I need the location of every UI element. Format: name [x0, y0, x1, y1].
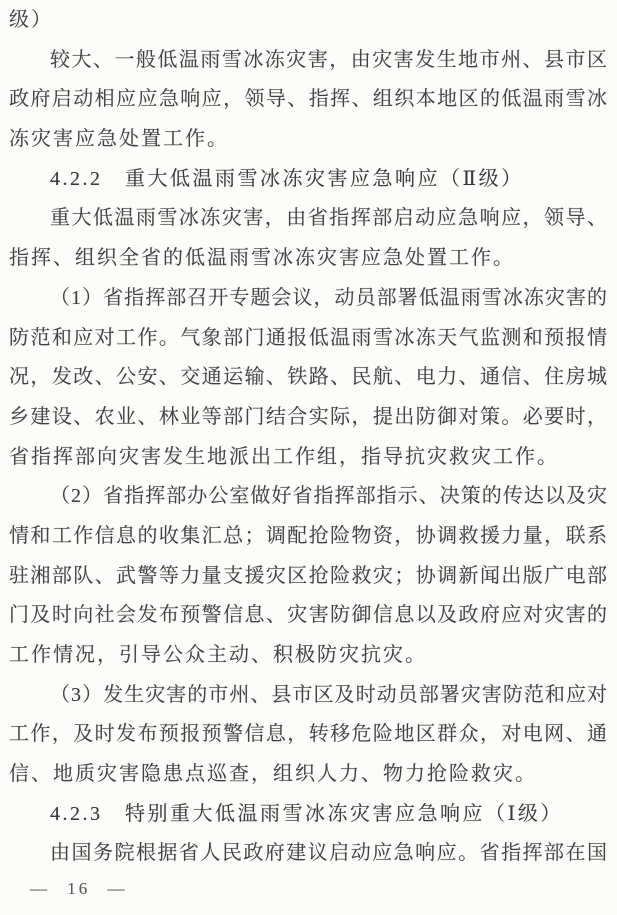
text-line: 况，发改、公安、交通运输、铁路、民航、电力、通信、住房城 [9, 358, 608, 398]
text-block: 级）较大、一般低温雨雪冰冻灾害，由灾害发生地市州、县市区政府启动相应应急响应，领… [9, 1, 608, 874]
section-heading: 4.2.3 特别重大低温雨雪冰冻灾害应急响应（Ⅰ级） [9, 795, 608, 835]
text-line: 级） [9, 1, 608, 41]
section-heading: 4.2.2 重大低温雨雪冰冻灾害应急响应（Ⅱ级） [9, 160, 608, 200]
text-line: 情和工作信息的收集汇总；调配抢险物资，协调救援力量，联系 [9, 517, 608, 557]
text-line: 较大、一般低温雨雪冰冻灾害，由灾害发生地市州、县市区 [9, 41, 608, 81]
page-number: — 16 — [30, 879, 128, 899]
text-line: （1）省指挥部召开专题会议，动员部署低温雨雪冰冻灾害的 [9, 279, 608, 319]
text-line: 指挥、组织全省的低温雨雪冰冻灾害应急处置工作。 [9, 239, 608, 279]
text-line: 门及时向社会发布预警信息、灾害防御信息以及政府应对灾害的 [9, 596, 608, 636]
text-line: 冻灾害应急处置工作。 [9, 120, 608, 160]
text-line: 省指挥部向灾害发生地派出工作组，指导抗灾救灾工作。 [9, 438, 608, 478]
text-line: 政府启动相应应急响应，领导、指挥、组织本地区的低温雨雪冰 [9, 80, 608, 120]
text-line: 重大低温雨雪冰冻灾害，由省指挥部启动应急响应，领导、 [9, 199, 608, 239]
text-line: 工作，及时发布预报预警信息，转移危险地区群众，对电网、通 [9, 715, 608, 755]
text-line: 防范和应对工作。气象部门通报低温雨雪冰冻天气监测和预报情 [9, 319, 608, 359]
text-line: （3）发生灾害的市州、县市区及时动员部署灾害防范和应对 [9, 676, 608, 716]
text-line: 信、地质灾害隐患点巡查，组织人力、物力抢险救灾。 [9, 755, 608, 795]
text-line: 由国务院根据省人民政府建议启动应急响应。省指挥部在国 [9, 834, 608, 874]
text-line: （2）省指挥部办公室做好省指挥部指示、决策的传达以及灾 [9, 477, 608, 517]
text-line: 驻湘部队、武警等力量支援灾区抢险救灾；协调新闻出版广电部 [9, 557, 608, 597]
text-line: 工作情况，引导公众主动、积极防灾抗灾。 [9, 636, 608, 676]
text-line: 乡建设、农业、林业等部门结合实际，提出防御对策。必要时， [9, 398, 608, 438]
document-page: 级）较大、一般低温雨雪冰冻灾害，由灾害发生地市州、县市区政府启动相应应急响应，领… [0, 0, 617, 915]
